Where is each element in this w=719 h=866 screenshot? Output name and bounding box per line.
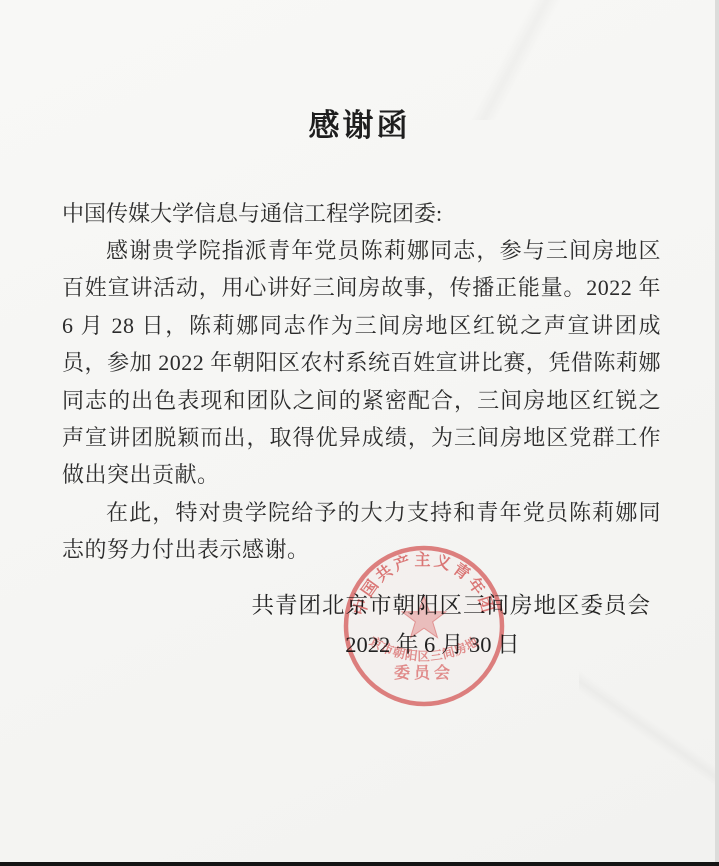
addressee-line: 中国传媒大学信息与通信工程学院团委: <box>62 195 659 232</box>
scan-edge-bottom <box>0 862 719 866</box>
signature-line: 共青团北京市朝阳区三间房地区委员会 <box>251 588 651 620</box>
seal-committee-text: 委员会 <box>394 663 454 682</box>
scan-edge-right <box>715 0 719 866</box>
body-paragraph: 在此，特对贵学院给予的大力支持和青年党员陈莉娜同志的努力付出表示感谢。 <box>62 494 661 569</box>
body-paragraph: 感谢贵学院指派青年党员陈莉娜同志，参与三间房地区百姓宣讲活动，用心讲好三间房故事… <box>62 232 661 494</box>
paper-crease <box>579 640 719 820</box>
seal-ring <box>346 548 502 704</box>
letter-body: 感谢贵学院指派青年党员陈莉娜同志，参与三间房地区百姓宣讲活动，用心讲好三间房故事… <box>0 232 719 569</box>
date-line: 2022 年 6 月 30 日 <box>340 627 525 659</box>
letter-title: 感谢函 <box>0 0 719 145</box>
letter-page: 感谢函 中国传媒大学信息与通信工程学院团委: 感谢贵学院指派青年党员陈莉娜同志，… <box>0 0 719 866</box>
